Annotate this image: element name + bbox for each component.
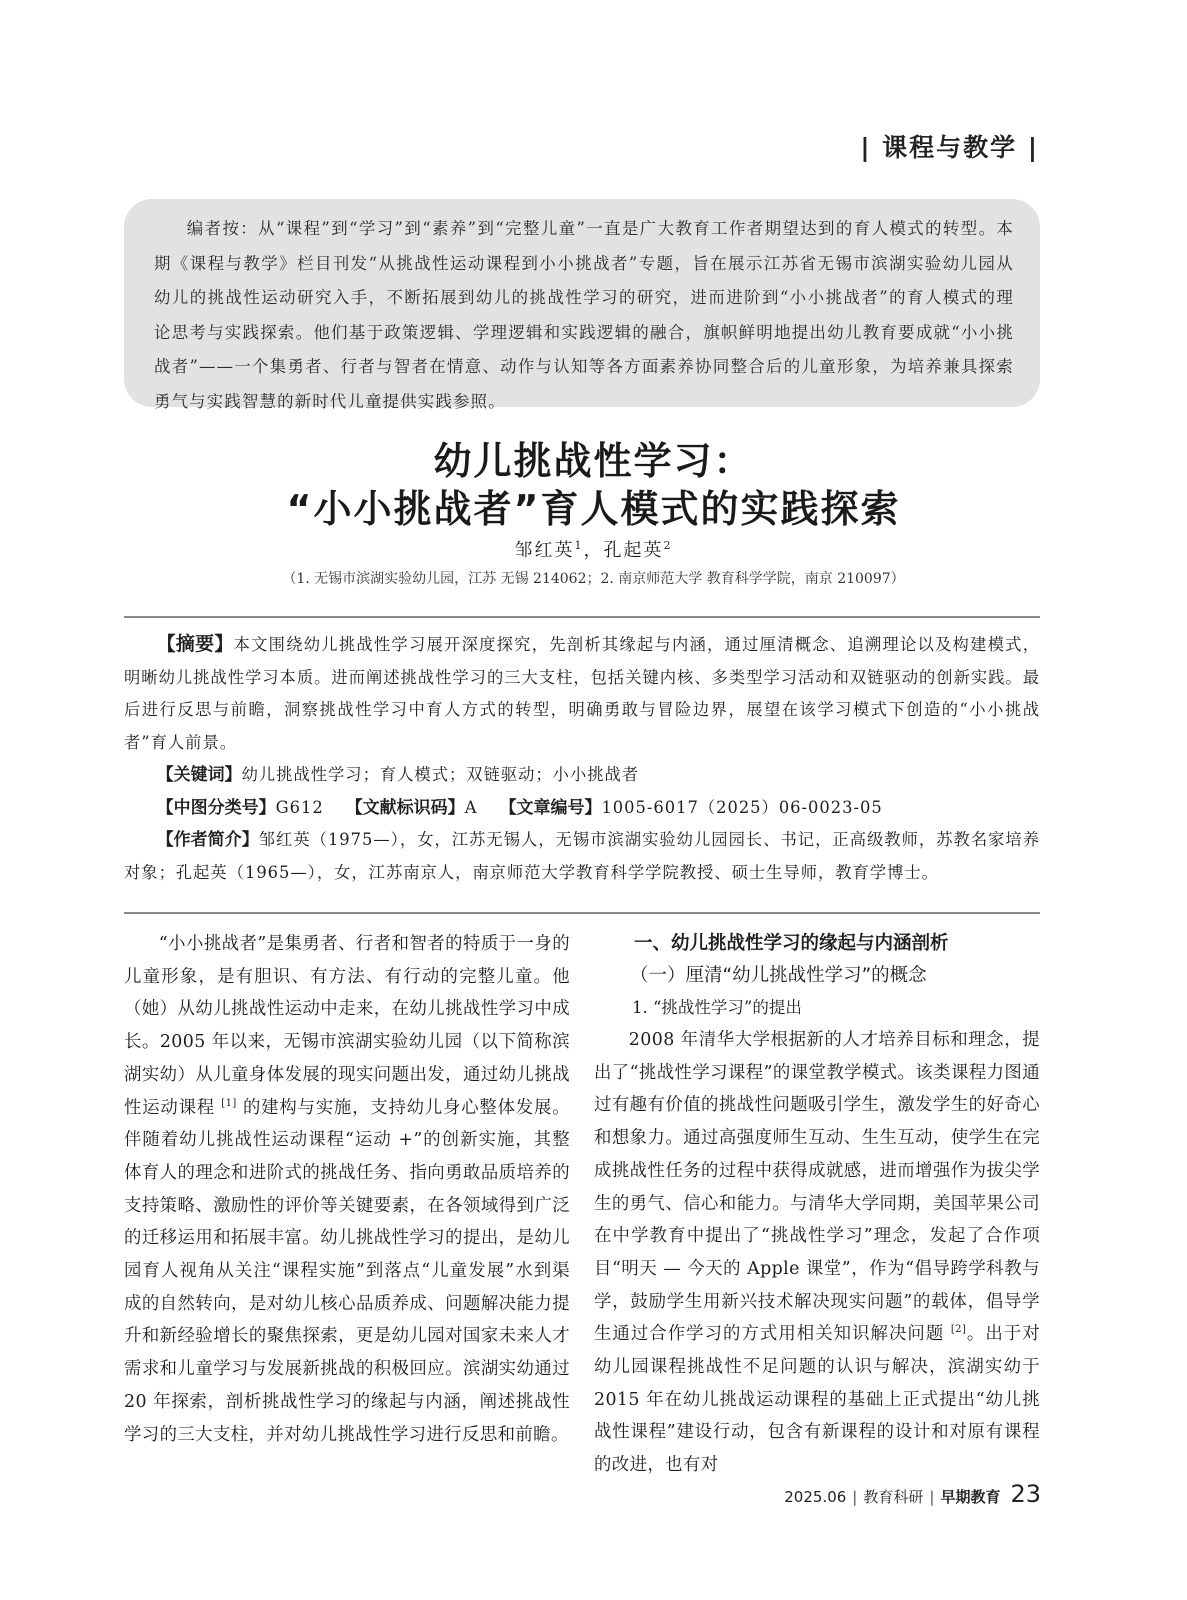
citation-ref: [2]	[951, 1325, 966, 1336]
keywords-text: 幼儿挑战性学习；育人模式；双链驱动；小小挑战者	[242, 765, 639, 784]
abstract-block: 【摘要】本文围绕幼儿挑战性学习展开深度探究，先剖析其缘起与内涵，通过厘清概念、追…	[124, 628, 1040, 889]
body-text: 的建构与实施，支持幼儿身心整体发展。伴随着幼儿挑战性运动课程“运动 +”的创新实…	[124, 1098, 570, 1445]
author-bio-paragraph: 【作者简介】邹红英（1975—），女，江苏无锡人，无锡市滨湖实验幼儿园园长、书记…	[124, 824, 1040, 889]
keywords-label: 【关键词】	[157, 765, 242, 785]
abstract-label: 【摘要】	[157, 633, 234, 655]
citation-ref: [1]	[221, 1098, 236, 1109]
author-name: 孔起英	[604, 540, 664, 561]
article-no-value: 1005-6017（2025）06-0023-05	[601, 798, 882, 817]
body-paragraph: “小小挑战者”是集勇者、行者和智者的特质于一身的儿童形象，是有胆识、有方法、有行…	[124, 928, 570, 1451]
body-column-right: 一、幼儿挑战性学习的缘起与内涵剖析 （一）厘清“幼儿挑战性学习”的概念 1. “…	[594, 928, 1040, 1482]
footer-separator: |	[852, 1488, 857, 1506]
author-affil-marker: 2	[664, 539, 673, 552]
subsection-heading: （一）厘清“幼儿挑战性学习”的概念	[594, 960, 1040, 992]
author-separator: ，	[584, 540, 604, 561]
body-text: “小小挑战者”是集勇者、行者和智者的特质于一身的儿童形象，是有胆识、有方法、有行…	[124, 934, 570, 1118]
author-list: 邹红英1，孔起英2	[0, 536, 1187, 562]
doc-code-label: 【文献标识码】	[346, 798, 465, 818]
section-heading: 一、幼儿挑战性学习的缘起与内涵剖析	[594, 928, 1040, 960]
footer-separator: |	[929, 1488, 934, 1506]
column-name: 教育科研	[863, 1486, 923, 1507]
abstract-text: 本文围绕幼儿挑战性学习展开深度探究，先剖析其缘起与内涵，通过厘清概念、追溯理论以…	[124, 635, 1040, 752]
body-column-left: “小小挑战者”是集勇者、行者和智者的特质于一身的儿童形象，是有胆识、有方法、有行…	[124, 928, 570, 1451]
author-bio-text: 邹红英（1975—），女，江苏无锡人，无锡市滨湖实验幼儿园园长、书记，正高级教师…	[124, 830, 1040, 882]
article-no-label: 【文章编号】	[499, 798, 601, 818]
editor-note-text: 编者按：从“课程”到“学习”到“素养”到“完整儿童”一直是广大教育工作者期望达到…	[154, 212, 1014, 419]
clc-label: 【中图分类号】	[157, 798, 276, 818]
body-text: 。出于对幼儿园课程挑战性不足问题的认识与解决，滨湖实幼于 2015 年在幼儿挑战…	[594, 1324, 1040, 1475]
page-number: 23	[1010, 1480, 1041, 1508]
keywords-line: 【关键词】幼儿挑战性学习；育人模式；双链驱动；小小挑战者	[124, 759, 1040, 792]
editor-note-box: 编者按：从“课程”到“学习”到“素养”到“完整儿童”一直是广大教育工作者期望达到…	[124, 199, 1040, 407]
article-title-line1: 幼儿挑战性学习：	[0, 430, 1187, 485]
subsubsection-heading: 1. “挑战性学习”的提出	[594, 992, 1040, 1024]
author-name: 邹红英	[515, 540, 575, 561]
author-affil-marker: 1	[575, 539, 584, 552]
body-paragraph: 2008 年清华大学根据新的人才培养目标和理念，提出了“挑战性学习课程”的课堂教…	[594, 1024, 1040, 1482]
issue-date: 2025.06	[784, 1488, 846, 1506]
divider-top	[124, 616, 1040, 618]
section-tag: | 课程与教学 |	[860, 128, 1039, 164]
magazine-name: 早期教育	[940, 1486, 1000, 1507]
author-bio-label: 【作者简介】	[157, 830, 259, 850]
body-text: 2008 年清华大学根据新的人才培养目标和理念，提出了“挑战性学习课程”的课堂教…	[594, 1030, 1040, 1344]
classification-line: 【中图分类号】G612【文献标识码】A【文章编号】1005-6017（2025）…	[124, 792, 1040, 825]
doc-code-value: A	[465, 798, 478, 817]
clc-value: G612	[276, 798, 324, 817]
page-footer: 2025.06 | 教育科研 | 早期教育 23	[784, 1480, 1041, 1508]
article-title-line2: “小小挑战者”育人模式的实践探索	[0, 478, 1187, 533]
abstract-paragraph: 【摘要】本文围绕幼儿挑战性学习展开深度探究，先剖析其缘起与内涵，通过厘清概念、追…	[124, 628, 1040, 759]
divider-bottom	[124, 912, 1040, 914]
affiliation: （1. 无锡市滨湖实验幼儿园，江苏 无锡 214062；2. 南京师范大学 教育…	[0, 568, 1187, 588]
